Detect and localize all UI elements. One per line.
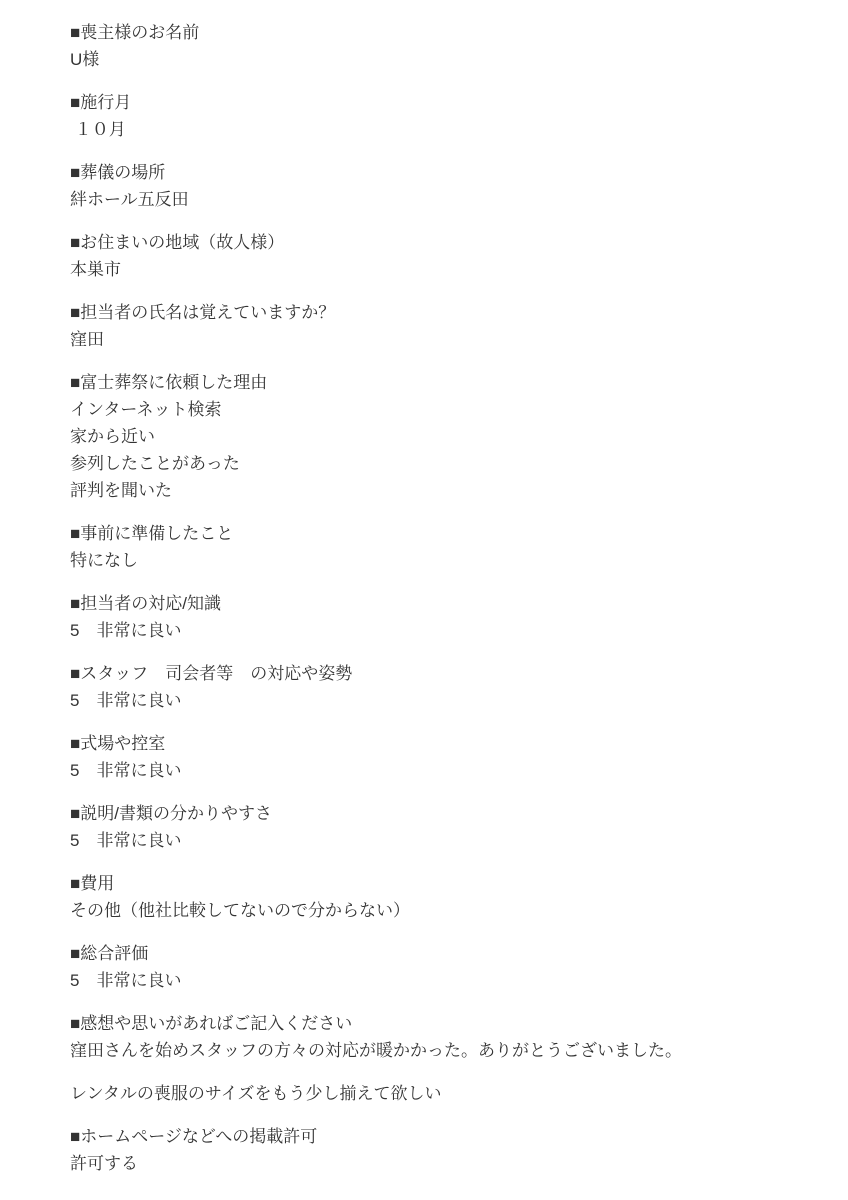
question-label: ■事前に準備したこと: [70, 520, 788, 547]
answer-text: 5 非常に良い: [70, 617, 788, 644]
qa-section-cost: ■費用 その他（他社比較してないので分からない）: [70, 870, 788, 924]
answer-text: 窪田さんを始めスタッフの方々の対応が暖かかった。ありがとうございました。: [70, 1037, 788, 1064]
qa-section-comments: ■感想や思いがあればご記入ください 窪田さんを始めスタッフの方々の対応が暖かかっ…: [70, 1010, 788, 1064]
answer-text: 5 非常に良い: [70, 687, 788, 714]
question-label: ■お住まいの地域（故人様）: [70, 229, 788, 256]
answer-text: 窪田: [70, 326, 788, 353]
qa-section-comments-extra: レンタルの喪服のサイズをもう少し揃えて欲しい: [70, 1080, 788, 1107]
qa-section-residence-area: ■お住まいの地域（故人様） 本巣市: [70, 229, 788, 283]
answer-text: インターネット検索: [70, 396, 788, 423]
question-label: ■費用: [70, 870, 788, 897]
qa-section-preparation: ■事前に準備したこと 特になし: [70, 520, 788, 574]
answer-text: 参列したことがあった: [70, 450, 788, 477]
answer-text: 5 非常に良い: [70, 757, 788, 784]
answer-text: 本巣市: [70, 256, 788, 283]
qa-section-staff-name: ■担当者の氏名は覚えていますか？ 窪田: [70, 299, 788, 353]
qa-section-mc-rating: ■スタッフ 司会者等 の対応や姿勢 5 非常に良い: [70, 660, 788, 714]
question-label: ■スタッフ 司会者等 の対応や姿勢: [70, 660, 788, 687]
answer-text: 許可する: [70, 1150, 788, 1177]
question-label: ■施行月: [70, 89, 788, 116]
answer-text: 特になし: [70, 547, 788, 574]
qa-section-overall-rating: ■総合評価 5 非常に良い: [70, 940, 788, 994]
qa-section-staff-rating: ■担当者の対応/知識 5 非常に良い: [70, 590, 788, 644]
answer-text: 絆ホール五反田: [70, 186, 788, 213]
answer-text: U様: [70, 46, 788, 73]
question-label: ■葬儀の場所: [70, 159, 788, 186]
qa-section-reason: ■富士葬祭に依頼した理由 インターネット検索 家から近い 参列したことがあった …: [70, 369, 788, 504]
qa-section-service-month: ■施行月 １０月: [70, 89, 788, 143]
answer-text: レンタルの喪服のサイズをもう少し揃えて欲しい: [70, 1080, 788, 1107]
question-label: ■感想や思いがあればご記入ください: [70, 1010, 788, 1037]
answer-text: 家から近い: [70, 423, 788, 450]
question-label: ■富士葬祭に依頼した理由: [70, 369, 788, 396]
question-label: ■喪主様のお名前: [70, 19, 788, 46]
question-label: ■ホームページなどへの掲載許可: [70, 1123, 788, 1150]
qa-section-publication-permission: ■ホームページなどへの掲載許可 許可する: [70, 1123, 788, 1177]
answer-text: １０月: [70, 116, 788, 143]
qa-section-mourner-name: ■喪主様のお名前 U様: [70, 19, 788, 73]
qa-section-venue-rating: ■式場や控室 5 非常に良い: [70, 730, 788, 784]
answer-text: その他（他社比較してないので分からない）: [70, 897, 788, 924]
answer-text: 評判を聞いた: [70, 477, 788, 504]
survey-response-document: ■喪主様のお名前 U様 ■施行月 １０月 ■葬儀の場所 絆ホール五反田 ■お住ま…: [0, 0, 848, 1200]
answer-text: 5 非常に良い: [70, 967, 788, 994]
qa-section-funeral-place: ■葬儀の場所 絆ホール五反田: [70, 159, 788, 213]
question-label: ■式場や控室: [70, 730, 788, 757]
question-label: ■総合評価: [70, 940, 788, 967]
answer-text: 5 非常に良い: [70, 827, 788, 854]
question-label: ■担当者の氏名は覚えていますか？: [70, 299, 788, 326]
question-label: ■担当者の対応/知識: [70, 590, 788, 617]
question-label: ■説明/書類の分かりやすさ: [70, 800, 788, 827]
qa-section-clarity-rating: ■説明/書類の分かりやすさ 5 非常に良い: [70, 800, 788, 854]
